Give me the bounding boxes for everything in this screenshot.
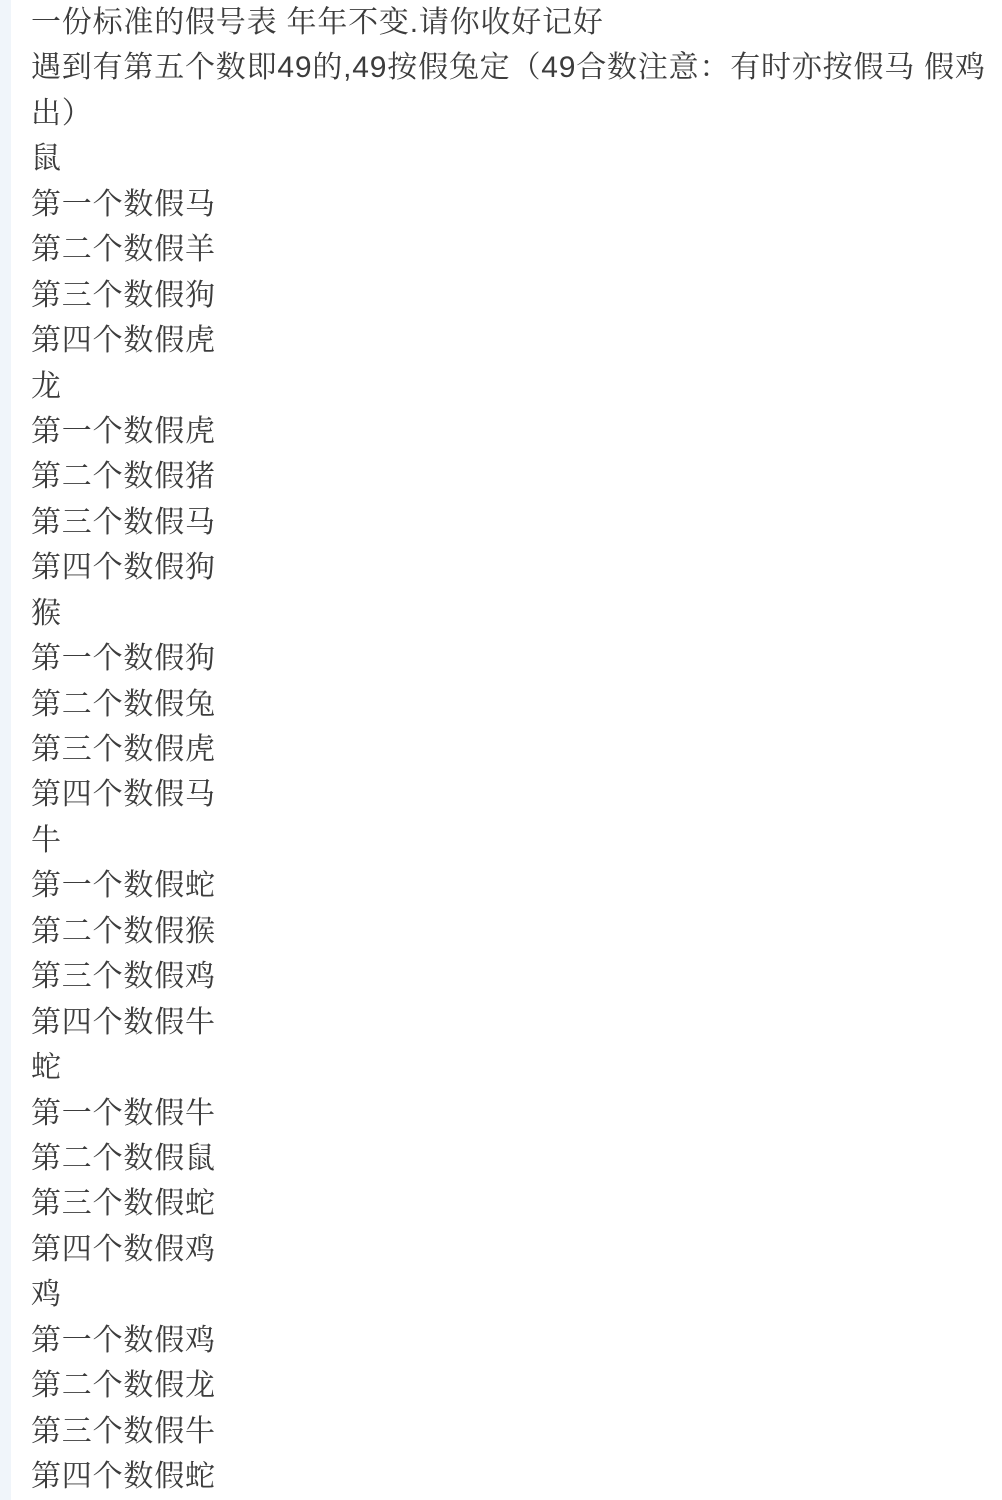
group-line: 第四个数假虎 — [31, 318, 1002, 363]
group-line: 第一个数假蛇 — [31, 863, 1002, 908]
group-line: 第四个数假鸡 — [31, 1227, 1002, 1272]
group-animal-label: 牛 — [31, 818, 1002, 863]
group-line: 第二个数假龙 — [31, 1363, 1002, 1408]
intro-line: 一份标准的假号表 年年不变.请你收好记好 — [31, 0, 1002, 45]
fake-number-table: 一份标准的假号表 年年不变.请你收好记好 遇到有第五个数即49的,49按假兔定（… — [31, 0, 1002, 1499]
group-animal-label: 鸡 — [31, 1272, 1002, 1317]
group-rat: 鼠 第一个数假马 第二个数假羊 第三个数假狗 第四个数假虎 — [31, 136, 1002, 363]
left-edge-strip — [0, 0, 11, 1500]
group-line: 第一个数假鸡 — [31, 1318, 1002, 1363]
intro-line: 出） — [31, 91, 1002, 136]
group-animal-label: 蛇 — [31, 1045, 1002, 1090]
group-line: 第三个数假蛇 — [31, 1181, 1002, 1226]
group-line: 第三个数假牛 — [31, 1409, 1002, 1454]
group-line: 第一个数假牛 — [31, 1091, 1002, 1136]
group-line: 第三个数假鸡 — [31, 954, 1002, 999]
group-rooster: 鸡 第一个数假鸡 第二个数假龙 第三个数假牛 第四个数假蛇 — [31, 1272, 1002, 1499]
group-line: 第一个数假狗 — [31, 636, 1002, 681]
group-animal-label: 龙 — [31, 364, 1002, 409]
group-line: 第一个数假虎 — [31, 409, 1002, 454]
intro-line: 遇到有第五个数即49的,49按假兔定（49合数注意：有时亦按假马 假鸡 — [31, 45, 1002, 90]
group-line: 第二个数假羊 — [31, 227, 1002, 272]
group-line: 第三个数假虎 — [31, 727, 1002, 772]
group-monkey: 猴 第一个数假狗 第二个数假兔 第三个数假虎 第四个数假马 — [31, 591, 1002, 818]
group-dragon: 龙 第一个数假虎 第二个数假猪 第三个数假马 第四个数假狗 — [31, 364, 1002, 591]
group-line: 第四个数假蛇 — [31, 1454, 1002, 1499]
group-line: 第三个数假马 — [31, 500, 1002, 545]
group-line: 第四个数假马 — [31, 772, 1002, 817]
group-line: 第二个数假猪 — [31, 454, 1002, 499]
group-line: 第三个数假狗 — [31, 273, 1002, 318]
group-line: 第二个数假猴 — [31, 909, 1002, 954]
group-line: 第二个数假鼠 — [31, 1136, 1002, 1181]
group-snake: 蛇 第一个数假牛 第二个数假鼠 第三个数假蛇 第四个数假鸡 — [31, 1045, 1002, 1272]
group-animal-label: 鼠 — [31, 136, 1002, 181]
group-ox: 牛 第一个数假蛇 第二个数假猴 第三个数假鸡 第四个数假牛 — [31, 818, 1002, 1045]
group-line: 第二个数假兔 — [31, 682, 1002, 727]
group-animal-label: 猴 — [31, 591, 1002, 636]
group-line: 第一个数假马 — [31, 182, 1002, 227]
group-line: 第四个数假牛 — [31, 1000, 1002, 1045]
group-line: 第四个数假狗 — [31, 545, 1002, 590]
